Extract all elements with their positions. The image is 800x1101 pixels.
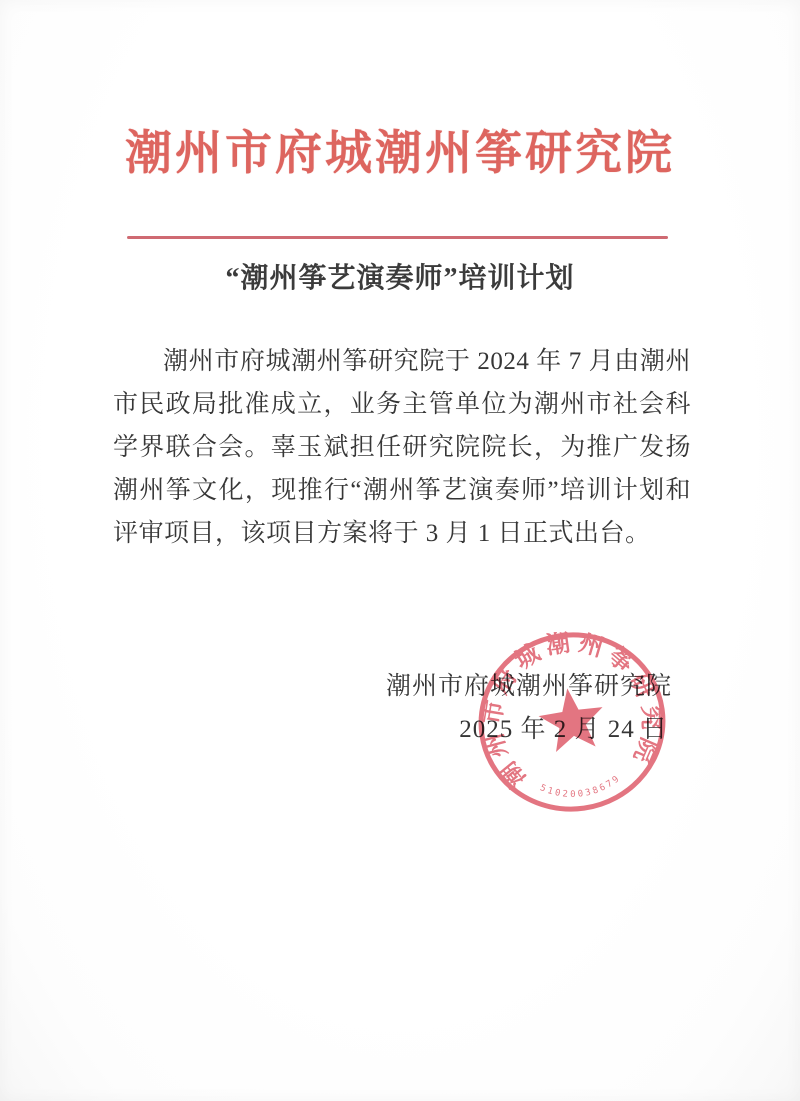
- signature-organization: 潮州市府城潮州筝研究院: [386, 666, 672, 702]
- organization-title: 潮州市府城潮州筝研究院: [0, 116, 800, 183]
- header-divider-rule: [127, 236, 668, 239]
- seal-serial-number: 51020038679: [537, 772, 625, 805]
- document-title: “潮州筝艺演奏师”培训计划: [0, 256, 800, 296]
- body-paragraph: 潮州市府城潮州筝研究院于 2024 年 7 月由潮州市民政局批准成立，业务主管单…: [113, 340, 691, 555]
- signature-date: 2025 年 2 月 24 日: [459, 709, 668, 745]
- document-page: 潮州市府城潮州筝研究院 “潮州筝艺演奏师”培训计划 潮州市府城潮州筝研究院于 2…: [0, 0, 800, 1101]
